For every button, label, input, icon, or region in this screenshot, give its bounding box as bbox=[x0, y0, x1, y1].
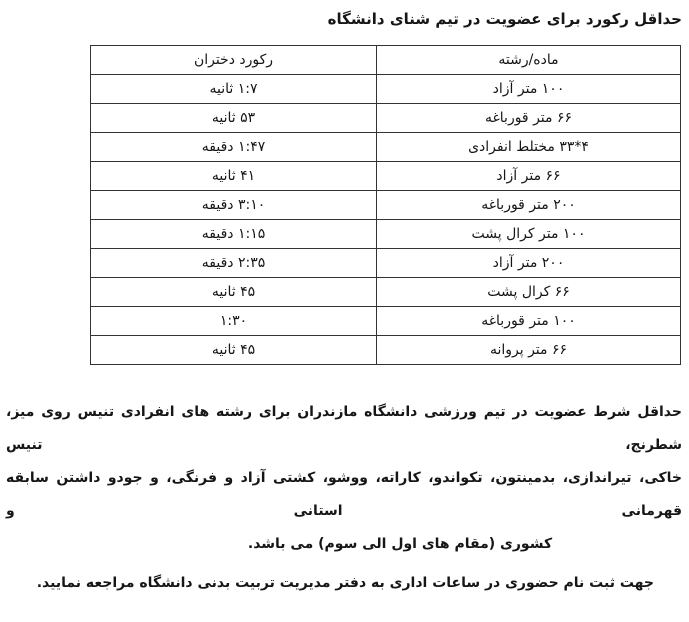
event-cell: ۱۰۰ متر کرال پشت bbox=[377, 220, 681, 249]
table-row: ۶۶ متر قورباغه ۵۳ ثانیه bbox=[91, 104, 681, 133]
records-table: ماده/رشته رکورد دختران ۱۰۰ متر آزاد ۱:۷ … bbox=[90, 45, 681, 365]
record-column-header: رکورد دختران bbox=[91, 46, 377, 75]
table-row: ۶۶ کرال پشت ۴۵ ثانیه bbox=[91, 278, 681, 307]
event-cell: ۱۰۰ متر قورباغه bbox=[377, 307, 681, 336]
event-cell: ۶۶ کرال پشت bbox=[377, 278, 681, 307]
registration-note: جهت ثبت نام حضوری در ساعات اداری به دفتر… bbox=[6, 567, 682, 600]
record-cell: ۱:۴۷ دقیقه bbox=[91, 133, 377, 162]
eligibility-paragraph-line2: خاکی، تیراندازی، بدمینتون، تکواندو، کارا… bbox=[6, 462, 682, 528]
event-cell: ۶۶ متر قورباغه bbox=[377, 104, 681, 133]
record-cell: ۱:۱۵ دقیقه bbox=[91, 220, 377, 249]
event-cell: ۱۰۰ متر آزاد bbox=[377, 75, 681, 104]
event-column-header: ماده/رشته bbox=[377, 46, 681, 75]
event-cell: ۲۰۰ متر آزاد bbox=[377, 249, 681, 278]
document-title: حداقل رکورد برای عضویت در تیم شنای دانشگ… bbox=[328, 10, 682, 28]
eligibility-paragraph-line1: حداقل شرط عضویت در تیم ورزشی دانشگاه ماز… bbox=[6, 396, 682, 462]
bottom-text-block: حداقل شرط عضویت در تیم ورزشی دانشگاه ماز… bbox=[6, 396, 682, 600]
table-row: ۱۰۰ متر قورباغه ۱:۳۰ bbox=[91, 307, 681, 336]
record-cell: ۱:۷ ثانیه bbox=[91, 75, 377, 104]
table-row: ۲۰۰ متر آزاد ۲:۳۵ دقیقه bbox=[91, 249, 681, 278]
table-header-row: ماده/رشته رکورد دختران bbox=[91, 46, 681, 75]
eligibility-paragraph-line3: کشوری (مقام های اول الی سوم) می باشد. bbox=[62, 528, 689, 561]
event-cell: ۶۶ متر آزاد bbox=[377, 162, 681, 191]
table-row: ۱۰۰ متر کرال پشت ۱:۱۵ دقیقه bbox=[91, 220, 681, 249]
table-row: ۶۶ متر پروانه ۴۵ ثانیه bbox=[91, 336, 681, 365]
page: { "title": "حداقل رکورد برای عضویت در تی… bbox=[0, 0, 689, 622]
table-row: ۴*۳۳ مختلط انفرادی ۱:۴۷ دقیقه bbox=[91, 133, 681, 162]
record-cell: ۴۵ ثانیه bbox=[91, 336, 377, 365]
record-cell: ۲:۳۵ دقیقه bbox=[91, 249, 377, 278]
record-cell: ۵۳ ثانیه bbox=[91, 104, 377, 133]
table-row: ۶۶ متر آزاد ۴۱ ثانیه bbox=[91, 162, 681, 191]
event-cell: ۲۰۰ متر قورباغه bbox=[377, 191, 681, 220]
record-cell: ۳:۱۰ دقیقه bbox=[91, 191, 377, 220]
record-cell: ۱:۳۰ bbox=[91, 307, 377, 336]
event-cell: ۶۶ متر پروانه bbox=[377, 336, 681, 365]
record-cell: ۴۵ ثانیه bbox=[91, 278, 377, 307]
table-row: ۲۰۰ متر قورباغه ۳:۱۰ دقیقه bbox=[91, 191, 681, 220]
event-cell: ۴*۳۳ مختلط انفرادی bbox=[377, 133, 681, 162]
table-row: ۱۰۰ متر آزاد ۱:۷ ثانیه bbox=[91, 75, 681, 104]
record-cell: ۴۱ ثانیه bbox=[91, 162, 377, 191]
